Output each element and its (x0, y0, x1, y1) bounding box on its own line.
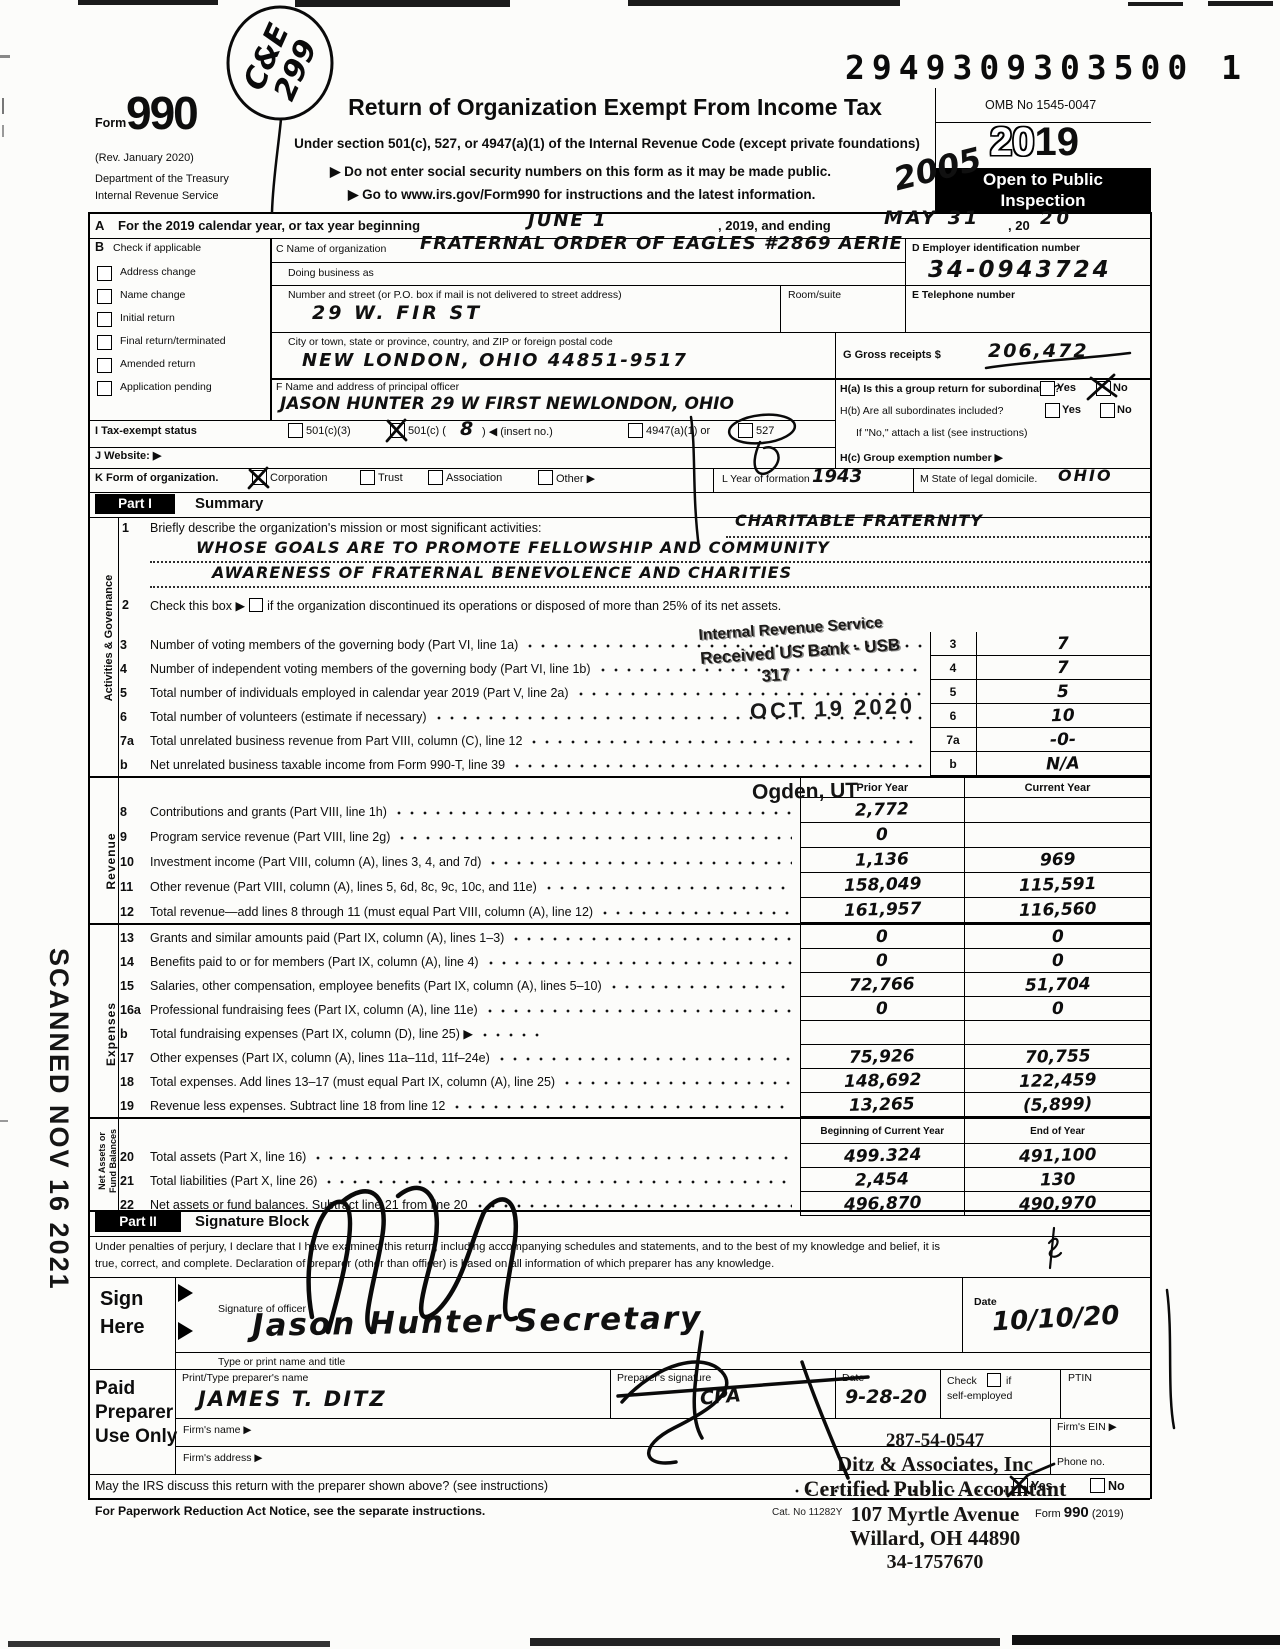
pen-x-501c (387, 420, 406, 441)
pen-x-group-return-no (1088, 375, 1116, 399)
pen-stroke (691, 417, 699, 548)
officer-signature-scribble (398, 1188, 484, 1317)
pen-underline (986, 353, 1130, 368)
officer-signature-scribble (309, 1202, 350, 1332)
form-990-scanned-page: Form 990 (Rev. January 2020) Department … (0, 0, 1280, 1649)
pen-stroke (1167, 1290, 1174, 1428)
preparer-signature-scribble (622, 1362, 727, 1463)
pen-marks-overlay: C&E 299 (0, 0, 1280, 1649)
pen-stroke (272, 119, 281, 212)
officer-signature-scribble (484, 1199, 516, 1319)
pen-x-corporation (249, 468, 268, 488)
pen-x-discuss-yes (1008, 1464, 1054, 1496)
pen-stroke (694, 1332, 702, 1438)
pen-loop (755, 442, 779, 474)
preparer-signature-scribble (618, 1377, 868, 1396)
pen-circle-527 (728, 412, 797, 447)
